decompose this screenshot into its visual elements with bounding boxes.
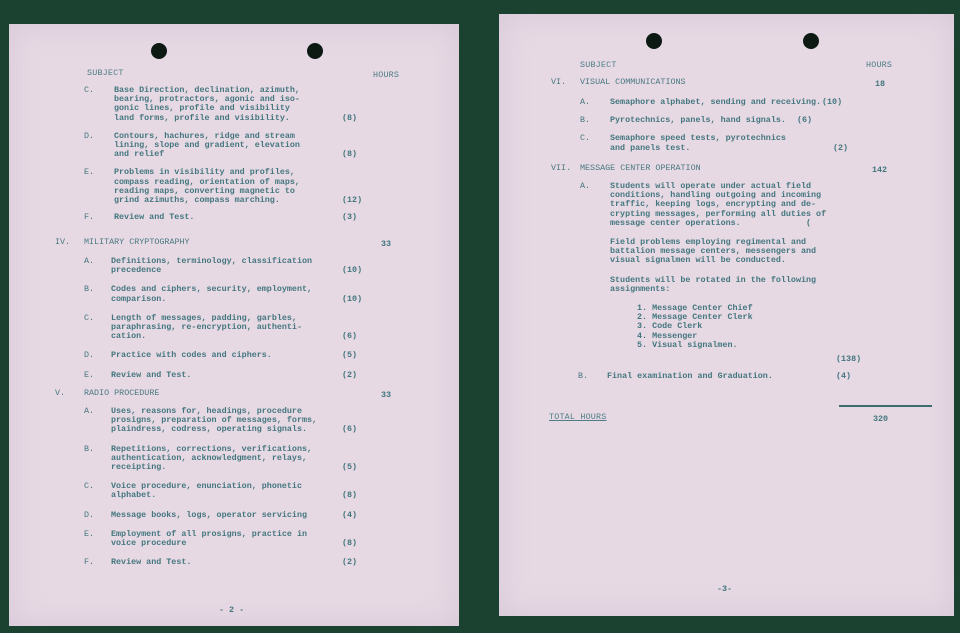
item-letter: A. — [580, 182, 590, 191]
item-letter: F. — [84, 558, 94, 567]
document-page-2: SUBJECT HOURS C.Base Direction, declinat… — [9, 24, 459, 626]
item-letter: B. — [84, 445, 94, 454]
item-text: Semaphore alphabet, sending and receivin… — [610, 98, 821, 107]
item-text: assignments: — [610, 285, 670, 294]
item-hours: (2) — [342, 371, 357, 380]
section-hours: 33 — [381, 240, 391, 249]
item-text: receipting. — [111, 463, 166, 472]
item-text: visual signalmen will be conducted. — [610, 256, 786, 265]
total-hours-value: 320 — [873, 415, 888, 424]
item-hours: (5) — [342, 351, 357, 360]
item-letter: C. — [84, 482, 94, 491]
item-text: precedence — [111, 266, 161, 275]
section-hours: 142 — [872, 166, 887, 175]
subject-header: SUBJECT — [87, 69, 124, 78]
item-hours: (8) — [342, 114, 357, 123]
item-letter: D. — [84, 511, 94, 520]
item-text: Message books, logs, operator servicing — [111, 511, 307, 520]
item-text: voice procedure — [111, 539, 186, 548]
item-hours: (8) — [342, 150, 357, 159]
item-hours: (3) — [342, 213, 357, 222]
punch-hole — [151, 43, 167, 59]
item-text: alphabet. — [111, 491, 156, 500]
item-hours: (8) — [342, 491, 357, 500]
item-text: land forms, profile and visibility. — [114, 114, 290, 123]
item-hours: (8) — [342, 539, 357, 548]
item-letter: E. — [84, 530, 94, 539]
item-hours: (4) — [836, 372, 851, 381]
item-hours: (2) — [833, 144, 848, 153]
item-text: Review and Test. — [111, 558, 191, 567]
item-text: Review and Test. — [111, 371, 191, 380]
item-letter: C. — [84, 314, 94, 323]
item-hours: (6) — [797, 116, 812, 125]
item-text: grind azimuths, compass marching. — [114, 196, 280, 205]
punch-hole — [307, 43, 323, 59]
item-text: and relief — [114, 150, 164, 159]
punch-hole — [803, 33, 819, 49]
item-letter: B. — [580, 116, 590, 125]
item-text: cation. — [111, 332, 146, 341]
item-hours: (5) — [342, 463, 357, 472]
page-number: -3- — [717, 585, 732, 594]
item-hours: (10) — [822, 98, 842, 107]
section-title: MILITARY CRYPTOGRAPHY — [84, 238, 190, 247]
item-hours: (6) — [342, 425, 357, 434]
item-hours: (138) — [836, 355, 861, 364]
item-hours: (10) — [342, 295, 362, 304]
item-letter: B. — [84, 285, 94, 294]
item-letter: F. — [84, 213, 94, 222]
item-hours: (2) — [342, 558, 357, 567]
section-hours: 33 — [381, 391, 391, 400]
item-letter: E. — [84, 371, 94, 380]
assignment-item: 5. Visual signalmen. — [637, 341, 738, 350]
item-hours: (10) — [342, 266, 362, 275]
item-text: comparison. — [111, 295, 166, 304]
item-letter: B. — [578, 372, 588, 381]
section-hours: 18 — [875, 80, 885, 89]
punch-hole — [646, 33, 662, 49]
hours-header: HOURS — [866, 61, 892, 70]
item-text: and panels test. — [610, 144, 690, 153]
section-numeral: V. — [55, 389, 65, 398]
section-numeral: VII. — [551, 164, 571, 173]
item-hours: (12) — [342, 196, 362, 205]
section-title: MESSAGE CENTER OPERATION — [580, 164, 701, 173]
hours-header: HOURS — [373, 71, 399, 80]
item-letter: D. — [84, 351, 94, 360]
section-numeral: IV. — [55, 238, 70, 247]
section-title: VISUAL COMMUNICATIONS — [580, 78, 686, 87]
item-text: Review and Test. — [114, 213, 194, 222]
item-letter: A. — [84, 407, 94, 416]
item-text: message center operations. ( — [610, 219, 811, 228]
item-text: Final examination and Graduation. — [607, 372, 773, 381]
item-letter: C. — [84, 86, 94, 95]
document-page-3: SUBJECT HOURS VI.VISUAL COMMUNICATIONS18… — [499, 14, 954, 616]
item-hours: (4) — [342, 511, 357, 520]
section-numeral: VI. — [551, 78, 566, 87]
item-text: Pyrotechnics, panels, hand signals. — [610, 116, 786, 125]
total-rule — [839, 405, 932, 407]
item-letter: C. — [580, 134, 590, 143]
section-title: RADIO PROCEDURE — [84, 389, 159, 398]
item-text: Practice with codes and ciphers. — [111, 351, 272, 360]
item-letter: A. — [580, 98, 590, 107]
item-letter: A. — [84, 257, 94, 266]
total-hours-label: TOTAL HOURS — [549, 413, 606, 422]
subject-header: SUBJECT — [580, 61, 617, 70]
page-number: - 2 - — [219, 606, 244, 615]
item-hours: (6) — [342, 332, 357, 341]
item-letter: E. — [84, 168, 94, 177]
item-text: plaindress, codress, operating signals. — [111, 425, 307, 434]
item-letter: D. — [84, 132, 94, 141]
